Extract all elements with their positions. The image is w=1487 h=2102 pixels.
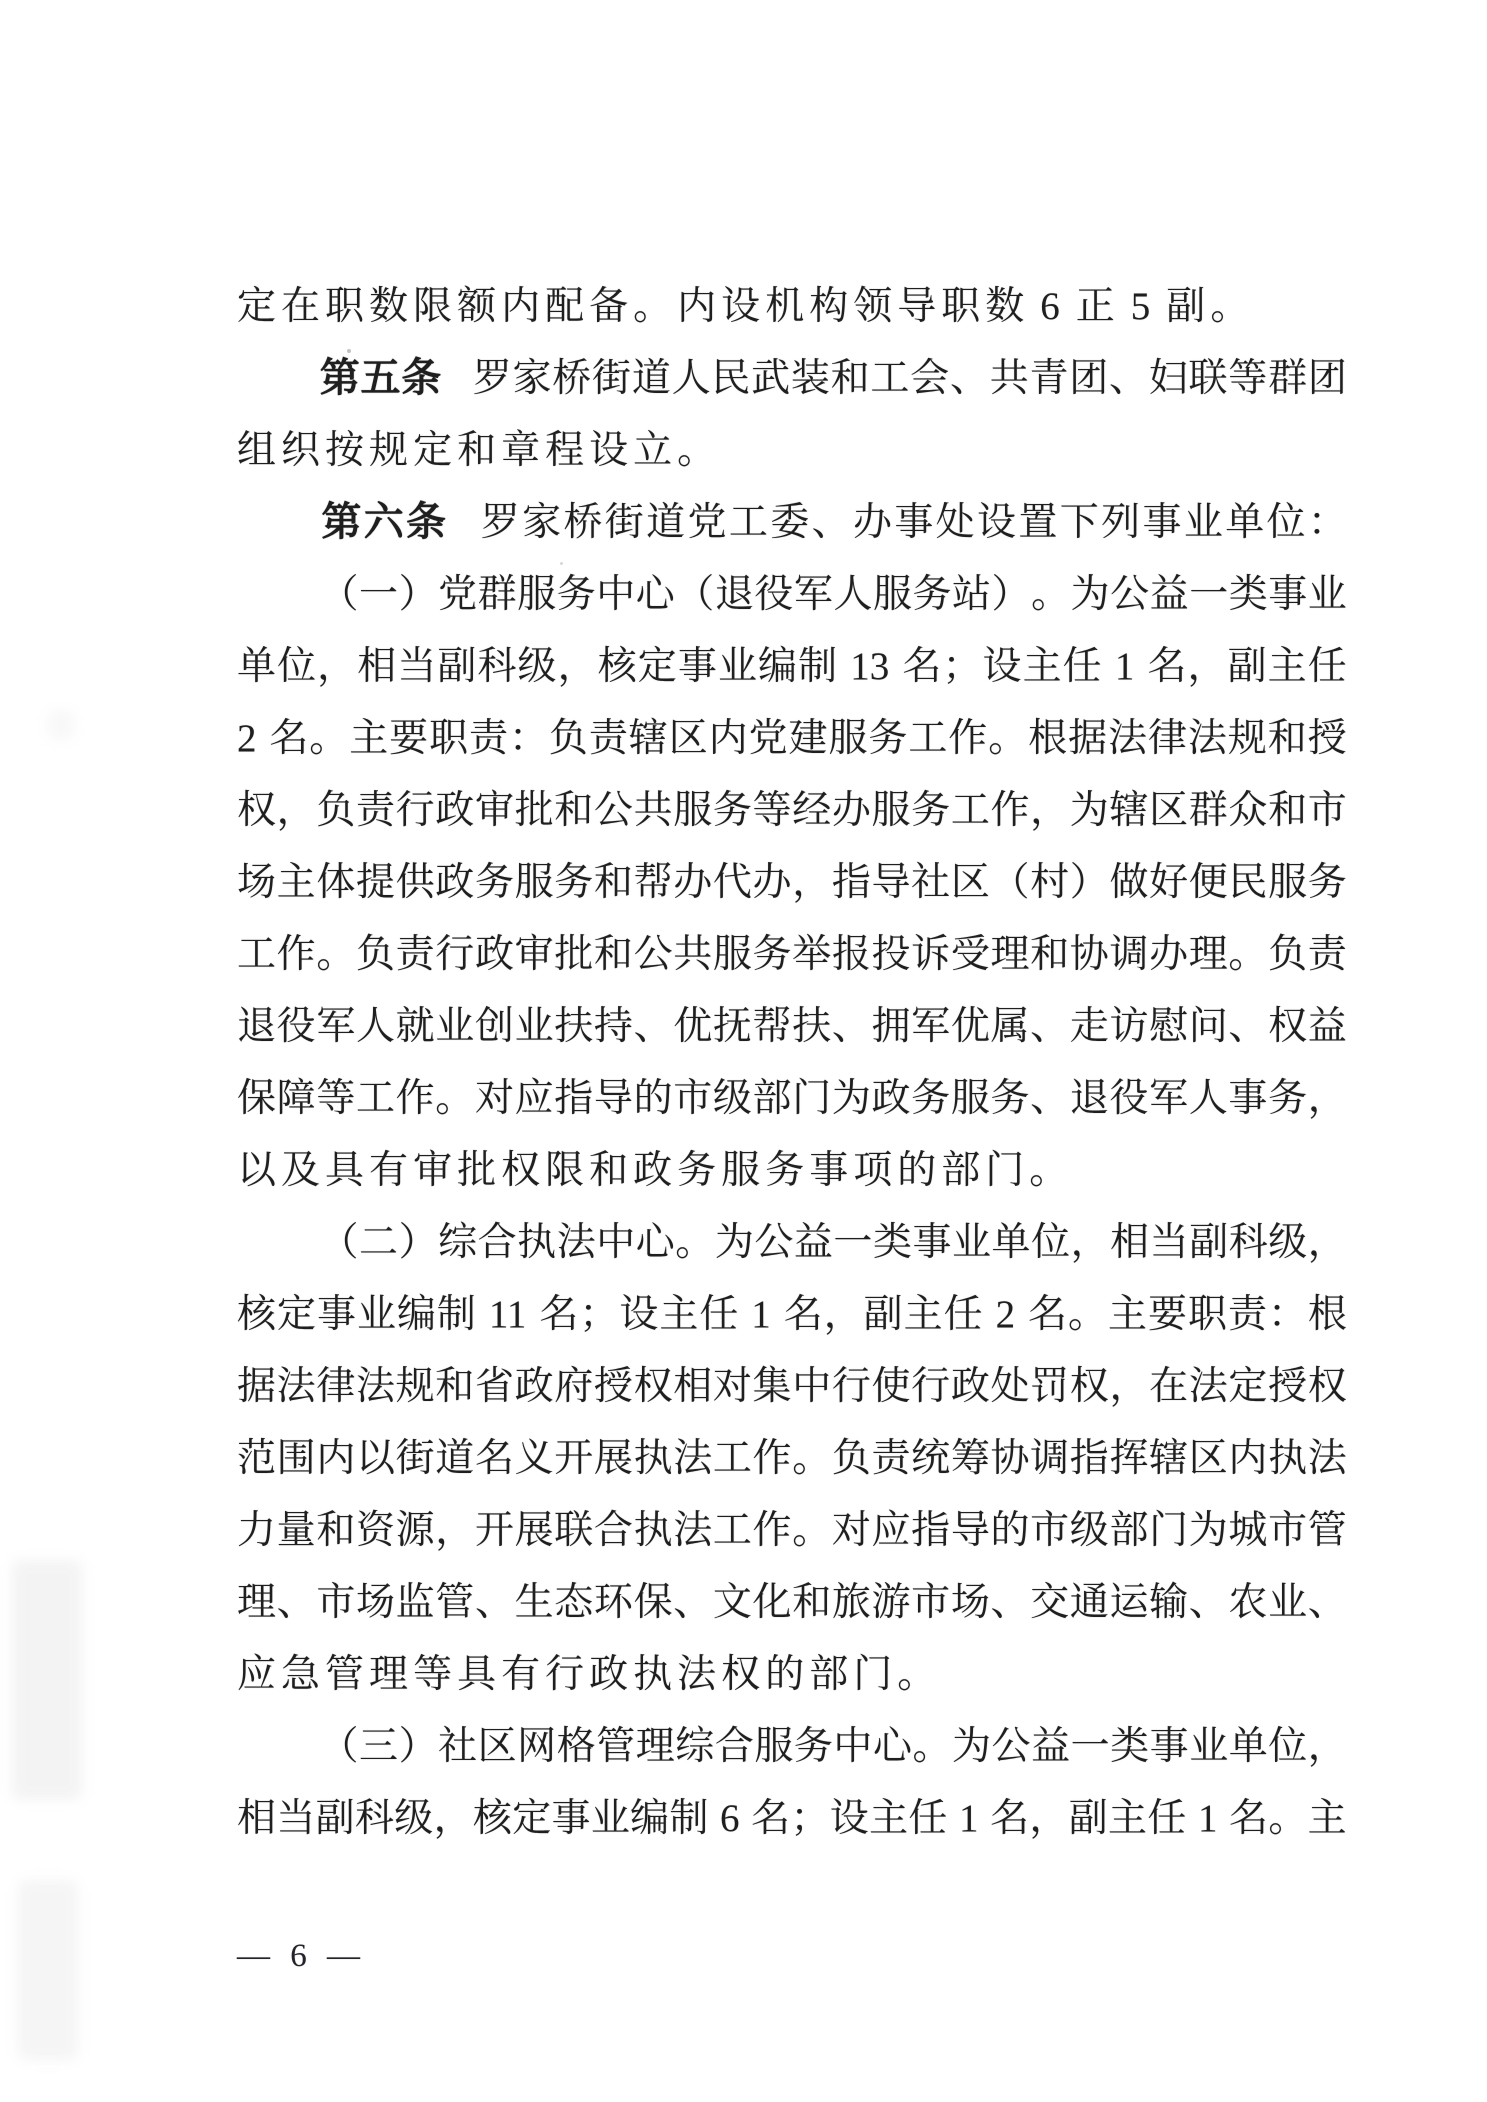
text-char: 。 xyxy=(435,1079,474,1118)
text-char: 问 xyxy=(1189,1007,1228,1046)
text-char: 为 xyxy=(832,1079,871,1118)
text-char: 作 xyxy=(753,1439,792,1478)
text-char: 理 xyxy=(636,1727,675,1766)
text-char: 部 xyxy=(941,1151,980,1190)
text-char: 事 xyxy=(552,1799,591,1838)
text-char: 工 xyxy=(713,1439,752,1478)
text-line: 理、市场监管、生态环保、文化和旅游市场、交通运输、农业、 xyxy=(237,1566,1347,1638)
text-char: 以 xyxy=(356,1439,395,1478)
text-char: 负 xyxy=(356,935,395,974)
text-char: 单 xyxy=(1229,1727,1268,1766)
text-char: 辖 xyxy=(1149,1439,1188,1478)
text-char: 设 xyxy=(983,647,1022,686)
text-char: 任 xyxy=(944,1295,983,1334)
text-char: 退 xyxy=(1070,1079,1109,1118)
text-char: 管 xyxy=(435,1583,474,1622)
text-char: 对 xyxy=(713,1367,752,1406)
text-char: 服 xyxy=(754,1727,793,1766)
text-line: 据法律法规和省政府授权相对集中行使行政处罚权，在法定授权 xyxy=(237,1350,1347,1422)
text-char: 文 xyxy=(713,1583,752,1622)
text-char: 的 xyxy=(897,1151,936,1190)
text-char: 批 xyxy=(457,1151,496,1190)
text-char: 责 xyxy=(396,935,435,974)
text-char: 举 xyxy=(792,935,831,974)
text-char: 门 xyxy=(1149,1511,1188,1550)
text-char: 当 xyxy=(397,647,436,686)
text-char: 帮 xyxy=(634,863,673,902)
text-char: 好 xyxy=(1149,863,1188,902)
text-char: 据 xyxy=(1068,719,1107,758)
text-char: 领 xyxy=(853,287,892,326)
text-char: 义 xyxy=(515,1439,554,1478)
text-char: 罗 xyxy=(473,359,512,398)
text-char: 业 xyxy=(515,1007,554,1046)
text-char: 办 xyxy=(753,863,792,902)
text-char: 名 xyxy=(990,1799,1029,1838)
text-char: 类 xyxy=(873,1223,912,1262)
text-char: 役 xyxy=(1109,1079,1148,1118)
text-char: 作 xyxy=(277,935,316,974)
text-char: 执 xyxy=(633,1655,672,1694)
text-char: 为 xyxy=(1189,1511,1228,1550)
text-line: 单位，相当副科级，核定事业编制13名；设主任1名，副主任 xyxy=(237,630,1347,702)
text-char: 务 xyxy=(753,935,792,974)
text-char: 理 xyxy=(990,935,1029,974)
text-char: 门 xyxy=(853,1655,892,1694)
text-char: 。 xyxy=(792,1511,831,1550)
text-char: 行 xyxy=(435,935,474,974)
text-char: 内 xyxy=(677,287,716,326)
text-char: 下 xyxy=(1060,503,1099,542)
text-char: 慰 xyxy=(1149,1007,1188,1046)
text-char: 街 xyxy=(605,503,644,542)
text-char: 律 xyxy=(316,1367,355,1406)
text-char: 务 xyxy=(990,1079,1029,1118)
text-char: ， xyxy=(1308,1223,1347,1262)
text-char: 处 xyxy=(990,1367,1029,1406)
text-char: 服 xyxy=(713,935,752,974)
text-char: 集 xyxy=(753,1367,792,1406)
text-char: 运 xyxy=(1109,1583,1148,1622)
text-char: 法 xyxy=(673,1511,712,1550)
text-char: 副 xyxy=(437,647,476,686)
text-char: 权 xyxy=(1070,1367,1109,1406)
text-char: 城 xyxy=(1228,1511,1267,1550)
text-char: 责 xyxy=(469,719,508,758)
text-char: 作 xyxy=(396,1079,435,1118)
text-char: 相 xyxy=(1110,1223,1149,1262)
text-char: 代 xyxy=(713,863,752,902)
text-char: 民 xyxy=(1228,863,1267,902)
text-char: 相 xyxy=(237,1799,276,1838)
text-char: 执 xyxy=(634,1511,673,1550)
text-char: 工 xyxy=(870,359,909,398)
text-char: 应 xyxy=(872,1511,911,1550)
text-char: ， xyxy=(1071,1223,1110,1262)
text-char: 。 xyxy=(1031,575,1070,614)
text-char: 政 xyxy=(872,1079,911,1118)
text-char: 公 xyxy=(634,935,673,974)
text-char: 相 xyxy=(673,1367,712,1406)
text-char: ， xyxy=(317,647,356,686)
text-char: 务 xyxy=(713,791,752,830)
text-char: 职 xyxy=(1188,1295,1227,1334)
text-char: 益 xyxy=(1150,575,1189,614)
text-char: 源 xyxy=(396,1511,435,1550)
text-char: 审 xyxy=(515,935,554,974)
text-char: 副 xyxy=(316,1799,355,1838)
text-char: 批 xyxy=(554,935,593,974)
text-char: 市 xyxy=(1308,791,1347,830)
text-char: 置 xyxy=(1018,503,1057,542)
text-char: 一 xyxy=(359,575,398,614)
text-char: 名 xyxy=(1147,647,1186,686)
text-char: 军 xyxy=(316,1007,355,1046)
text-char: 服 xyxy=(517,575,556,614)
text-char: 列 xyxy=(1101,503,1140,542)
text-char: 副 xyxy=(1069,1799,1108,1838)
text-char: 办 xyxy=(832,791,871,830)
text-char: 开 xyxy=(554,1439,593,1478)
text-char: 2 xyxy=(996,1295,1016,1334)
text-char: 中 xyxy=(596,575,635,614)
text-char: 指 xyxy=(554,1079,593,1118)
text-block: 定在职数限额内配备。内设机构领导职数6正5副。第五条罗家桥街道人民武装和工会、共… xyxy=(237,270,1347,1854)
text-char: 抚 xyxy=(713,1007,752,1046)
text-char: 责 xyxy=(589,719,628,758)
text-char: 街 xyxy=(396,1439,435,1478)
text-char: 单 xyxy=(1225,503,1264,542)
text-char: 科 xyxy=(477,647,516,686)
text-char: 级 xyxy=(1268,1223,1307,1262)
text-char: 办 xyxy=(1149,935,1188,974)
text-char: 共 xyxy=(634,791,673,830)
text-char: 工 xyxy=(237,935,276,974)
text-char: 调 xyxy=(1109,935,1148,974)
text-char: 为 xyxy=(1071,575,1110,614)
text-char: 统 xyxy=(911,1439,950,1478)
text-char: 家 xyxy=(522,503,561,542)
text-char: 公 xyxy=(594,791,633,830)
text-char-bold: 条 xyxy=(401,358,441,398)
text-char: 网 xyxy=(517,1727,556,1766)
text-char: ， xyxy=(1308,1079,1347,1118)
text-char: 政 xyxy=(633,1151,672,1190)
text-char: 体 xyxy=(316,863,355,902)
text-char: 罗 xyxy=(481,503,520,542)
text-char: 市 xyxy=(911,1583,950,1622)
text-char: 作 xyxy=(753,1511,792,1550)
text-char: 事 xyxy=(317,1295,356,1334)
text-char: 输 xyxy=(1149,1583,1188,1622)
text-char: 公 xyxy=(1110,575,1149,614)
text-char: 1 xyxy=(1198,1799,1218,1838)
text-char: 管 xyxy=(1308,1511,1347,1550)
text-char: 、 xyxy=(1189,1583,1228,1622)
text-char: 定 xyxy=(277,1295,316,1334)
text-char: （ xyxy=(990,863,1029,902)
text-char: 务 xyxy=(912,575,951,614)
text-char: 门 xyxy=(985,1151,1024,1190)
text-char: 务 xyxy=(557,575,596,614)
text-char: 等 xyxy=(753,791,792,830)
text-char: 、 xyxy=(1228,1007,1267,1046)
text-line: 定在职数限额内配备。内设机构领导职数6正5副。 xyxy=(237,270,1347,342)
text-char: 党 xyxy=(438,575,477,614)
text-char: 优 xyxy=(673,1007,712,1046)
text-char: 法 xyxy=(1308,1439,1347,1478)
text-char: 。 xyxy=(897,1655,936,1694)
text-char: 调 xyxy=(1030,1439,1069,1478)
text-char: 名 xyxy=(539,1295,578,1334)
text-char: 。 xyxy=(675,1223,714,1262)
text-char: 服 xyxy=(828,719,867,758)
text-char: 量 xyxy=(277,1511,316,1550)
text-char: 负 xyxy=(832,1439,871,1478)
text-char: 规 xyxy=(396,1367,435,1406)
text-char: 群 xyxy=(1268,359,1307,398)
text-char: 党 xyxy=(688,503,727,542)
text-char: 人 xyxy=(833,575,872,614)
text-line: 力量和资源，开展联合执法工作。对应指导的市级部门为城市管 xyxy=(237,1494,1347,1566)
text-char: 业 xyxy=(1308,575,1347,614)
text-char: 、 xyxy=(990,1583,1029,1622)
text-char: 妇 xyxy=(1149,359,1188,398)
text-char: 审 xyxy=(413,1151,452,1190)
text-char: 主 xyxy=(1108,1295,1147,1334)
text-char: 对 xyxy=(475,1079,514,1118)
text-char: 业 xyxy=(1184,503,1223,542)
text-char: 法 xyxy=(677,1655,716,1694)
text-char: 辖 xyxy=(1109,791,1148,830)
text-char: 内 xyxy=(501,287,540,326)
scan-smudge xyxy=(18,1880,78,2060)
text-char: 和 xyxy=(831,359,870,398)
text-char: 规 xyxy=(1228,719,1267,758)
text-char: 市 xyxy=(316,1583,355,1622)
text-char: 主 xyxy=(1023,647,1062,686)
text-char: 法 xyxy=(1188,719,1227,758)
text-char: 社 xyxy=(438,1727,477,1766)
text-char: 执 xyxy=(517,1223,556,1262)
text-char: 有 xyxy=(369,1151,408,1190)
text-char: 政 xyxy=(951,1367,990,1406)
text-char: 限 xyxy=(545,1151,584,1190)
text-char: 行 xyxy=(545,1655,584,1694)
text-line: 核定事业编制11名；设主任1名，副主任2名。主要职责：根 xyxy=(237,1278,1347,1350)
text-char: 拥 xyxy=(872,1007,911,1046)
text-char: 供 xyxy=(396,863,435,902)
text-char: 相 xyxy=(357,647,396,686)
text-char: 中 xyxy=(833,1727,872,1766)
text-char: 位 xyxy=(1267,503,1306,542)
text-char: 执 xyxy=(634,1439,673,1478)
text-char: 持 xyxy=(594,1007,633,1046)
text-char: 责 xyxy=(1308,935,1347,974)
text-char: 政 xyxy=(435,791,474,830)
text-char: 和 xyxy=(316,1511,355,1550)
text-char: 项 xyxy=(853,1151,892,1190)
text-char: 场 xyxy=(951,1583,990,1622)
page-number: — 6 — xyxy=(237,1938,366,1975)
text-char: 要 xyxy=(389,719,428,758)
text-char: ， xyxy=(1188,647,1227,686)
text-char: 编 xyxy=(630,1799,669,1838)
text-char: 任 xyxy=(1308,647,1347,686)
text-char: 业 xyxy=(1189,1727,1228,1766)
text-char: ， xyxy=(824,1295,863,1334)
text-char: 名 xyxy=(1028,1295,1067,1334)
text-char: 益 xyxy=(794,1223,833,1262)
text-char: 道 xyxy=(435,1439,474,1478)
text-char: 法 xyxy=(1108,719,1147,758)
text-char: 1 xyxy=(959,1799,979,1838)
text-char: 资 xyxy=(356,1511,395,1550)
text-char: 社 xyxy=(911,863,950,902)
text-char: 就 xyxy=(396,1007,435,1046)
text-line: 权，负责行政审批和公共服务等经办服务工作，为辖区群众和市 xyxy=(237,774,1347,846)
text-char: 工 xyxy=(908,719,947,758)
text-line: 退役军人就业创业扶持、优抚帮扶、拥军优属、走访慰问、权益 xyxy=(237,990,1347,1062)
text-char: 名 xyxy=(902,647,941,686)
text-char: 主 xyxy=(659,1295,698,1334)
text-char: 指 xyxy=(1070,1439,1109,1478)
text-char: 委 xyxy=(770,503,809,542)
text-char: 在 xyxy=(281,287,320,326)
text-char: 中 xyxy=(792,1367,831,1406)
text-line: （三）社区网格管理综合服务中心。为公益一类事业单位， xyxy=(237,1710,1347,1782)
text-char: 障 xyxy=(277,1079,316,1118)
text-char: 作 xyxy=(948,719,987,758)
text-char: ； xyxy=(942,647,981,686)
text-char-bold: 六 xyxy=(364,502,404,542)
text-char: 通 xyxy=(1070,1583,1109,1622)
text-char: 级 xyxy=(394,1799,433,1838)
text-char: （ xyxy=(675,575,714,614)
text-char: 务 xyxy=(911,1079,950,1118)
text-char: 役 xyxy=(754,575,793,614)
text-char: 责 xyxy=(1228,1295,1267,1334)
text-char: 区 xyxy=(478,1727,517,1766)
text-char: 位 xyxy=(277,647,316,686)
text-char: ， xyxy=(434,1799,473,1838)
text-char: 保 xyxy=(237,1079,276,1118)
text-char: 副 xyxy=(864,1295,903,1334)
text-char: 协 xyxy=(990,1439,1029,1478)
text-char: 业 xyxy=(435,1007,474,1046)
text-char: 按 xyxy=(325,431,364,470)
text-char: 筹 xyxy=(951,1439,990,1478)
text-char: 单 xyxy=(992,1223,1031,1262)
text-char: 任 xyxy=(1063,647,1102,686)
text-char: 务 xyxy=(554,863,593,902)
text-char: 主 xyxy=(349,719,388,758)
text-char: 13 xyxy=(850,647,889,686)
text-char: （ xyxy=(320,1223,359,1262)
text-char-bold: 第 xyxy=(320,358,360,398)
text-char: 法 xyxy=(356,1367,395,1406)
text-char: 2 xyxy=(237,719,257,758)
text-char: 。 xyxy=(1210,287,1249,326)
text-char: 办 xyxy=(853,503,892,542)
text-char: 管 xyxy=(325,1655,364,1694)
text-char: 区 xyxy=(1149,791,1188,830)
text-char: 保 xyxy=(634,1583,673,1622)
text-char: 综 xyxy=(438,1223,477,1262)
text-char: 建 xyxy=(789,719,828,758)
text-char: 。 xyxy=(912,1727,951,1766)
text-char: 众 xyxy=(1228,791,1267,830)
text-char: 受 xyxy=(951,935,990,974)
text-char: 级 xyxy=(1070,1511,1109,1550)
text-char: 使 xyxy=(872,1367,911,1406)
text-char: 单 xyxy=(237,647,276,686)
text-char: 态 xyxy=(554,1583,593,1622)
text-char: 会 xyxy=(910,359,949,398)
text-char: 工 xyxy=(729,503,768,542)
text-char: 、 xyxy=(950,359,989,398)
text-char: 为 xyxy=(1070,791,1109,830)
text-char: 处 xyxy=(936,503,975,542)
text-char: 的 xyxy=(765,1655,804,1694)
text-char: 事 xyxy=(894,503,933,542)
text-char: 生 xyxy=(515,1583,554,1622)
text-char: 罚 xyxy=(1030,1367,1069,1406)
text-char: 设 xyxy=(721,287,760,326)
text-char: 联 xyxy=(554,1511,593,1550)
text-char: 退 xyxy=(715,575,754,614)
text-char: 审 xyxy=(475,791,514,830)
text-char-bold: 五 xyxy=(361,358,401,398)
text-char: 范 xyxy=(237,1439,276,1478)
text-char: 务 xyxy=(677,1151,716,1190)
text-char: 导 xyxy=(897,287,936,326)
text-char: 扶 xyxy=(792,1007,831,1046)
text-char: 、 xyxy=(812,503,851,542)
text-char: 位 xyxy=(1031,1223,1070,1262)
text-char: 类 xyxy=(1229,575,1268,614)
text-char: 和 xyxy=(457,431,496,470)
text-char: ， xyxy=(558,647,597,686)
text-char: 授 xyxy=(1308,719,1347,758)
text-char: 11 xyxy=(489,1295,527,1334)
text-char: 监 xyxy=(396,1583,435,1622)
text-char: 装 xyxy=(791,359,830,398)
text-char: 一 xyxy=(833,1223,872,1262)
text-char: 提 xyxy=(356,863,395,902)
text-char: 和 xyxy=(435,1367,474,1406)
text-char: ； xyxy=(790,1799,829,1838)
text-char: 章 xyxy=(501,431,540,470)
text-char: 、 xyxy=(832,1007,871,1046)
text-char: 省 xyxy=(475,1367,514,1406)
text-char: 定 xyxy=(1228,1367,1267,1406)
text-char: 展 xyxy=(594,1439,633,1478)
text-char: 负 xyxy=(1268,935,1307,974)
text-char: 定 xyxy=(638,647,677,686)
text-char: 青 xyxy=(1029,359,1068,398)
text-char: 务 xyxy=(794,1727,833,1766)
text-line: 工作。负责行政审批和公共服务举报投诉受理和协调办理。负责 xyxy=(237,918,1347,990)
text-char: 主 xyxy=(277,863,316,902)
text-line: 第五条罗家桥街道人民武装和工会、共青团、妇联等群团 xyxy=(237,342,1347,414)
text-char: 织 xyxy=(281,431,320,470)
text-line: 第六条罗家桥街道党工委、办事处设置下列事业单位： xyxy=(237,486,1347,558)
text-char: 辖 xyxy=(629,719,668,758)
text-char: 务 xyxy=(765,1151,804,1190)
text-char: 道 xyxy=(632,359,671,398)
text-char: 等 xyxy=(413,1655,452,1694)
